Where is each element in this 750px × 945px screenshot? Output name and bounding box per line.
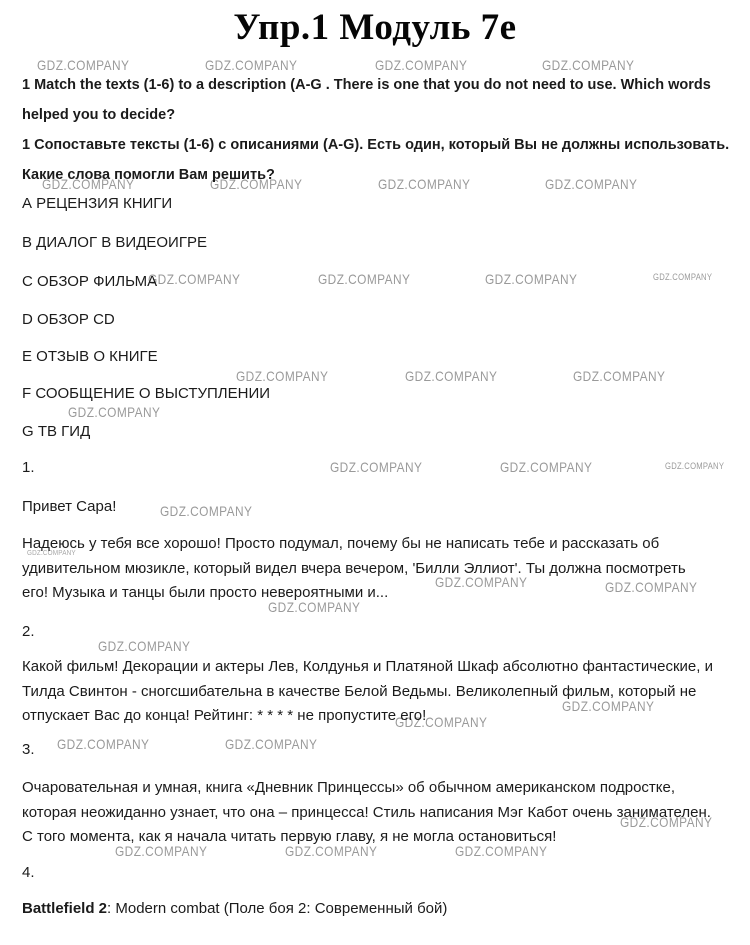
option-g: G ТВ ГИД <box>22 420 730 445</box>
text4-game-title: Battlefield 2 <box>22 900 107 917</box>
text3-number: 3. <box>22 738 730 763</box>
option-d: D ОБЗОР CD <box>22 308 730 333</box>
option-c: С ОБЗОР ФИЛЬМА <box>22 270 730 295</box>
option-f: F СООБЩЕНИЕ О ВЫСТУПЛЕНИИ <box>22 382 730 407</box>
option-a: А РЕЦЕНЗИЯ КНИГИ <box>22 192 730 217</box>
text1-greeting: Привет Сара! <box>22 495 730 520</box>
text1-body: Надеюсь у тебя все хорошо! Просто подума… <box>22 532 730 606</box>
option-e: E ОТЗЫВ О КНИГЕ <box>22 345 730 370</box>
text4-number: 4. <box>22 861 730 886</box>
instruction-ru: 1 Сопоставьте тексты (1-6) с описаниями … <box>22 130 730 190</box>
text1-number: 1. <box>22 456 730 481</box>
text4-game-subtitle: : Modern combat (Поле боя 2: Современный… <box>107 900 447 917</box>
text4-line: Battlefield 2: Modern combat (Поле боя 2… <box>22 897 730 922</box>
page-title: Упр.1 Модуль 7e <box>0 6 750 49</box>
text3-body: Очаровательная и умная, книга «Дневник П… <box>22 776 730 850</box>
instruction-en: 1 Match the texts (1-6) to a description… <box>22 70 730 130</box>
option-b: В ДИАЛОГ В ВИДЕОИГРЕ <box>22 231 730 256</box>
document-page: GDZ.COMPANYGDZ.COMPANYGDZ.COMPANYGDZ.COM… <box>0 0 750 945</box>
text2-number: 2. <box>22 620 730 645</box>
text2-body: Какой фильм! Декорации и актеры Лев, Кол… <box>22 655 730 729</box>
